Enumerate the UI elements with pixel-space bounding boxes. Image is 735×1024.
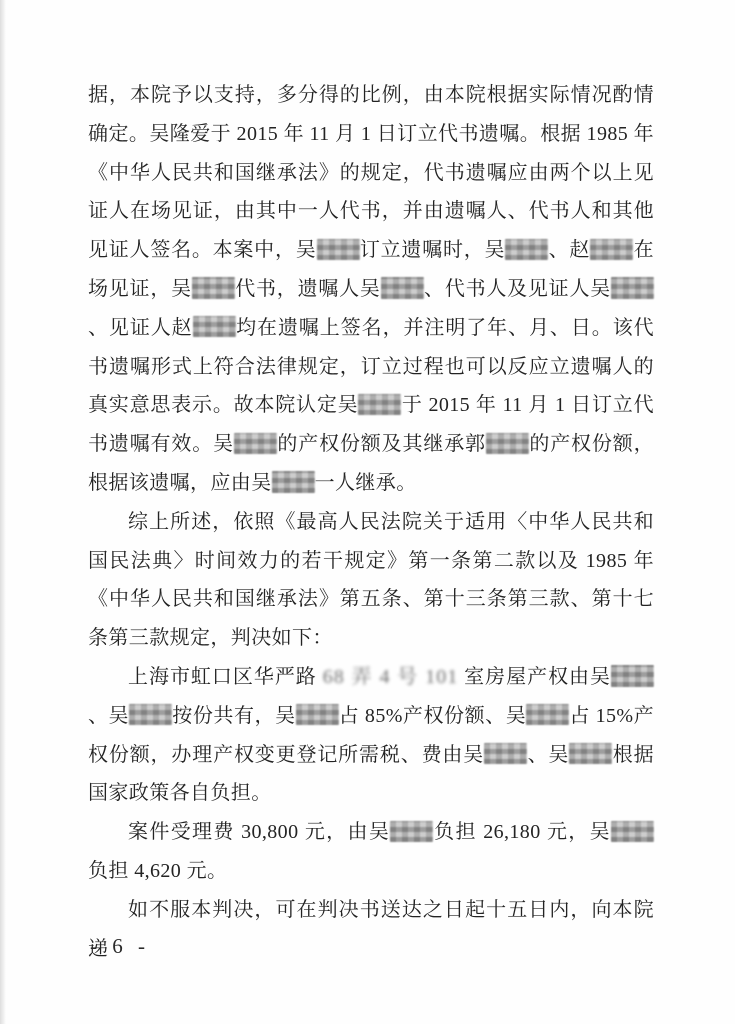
redacted-name-block bbox=[129, 704, 172, 725]
judgment-text-body: 据，本院予以支持，多分得的比例，由本院根据实际情况酌情确定。吴隆爱于 2015 … bbox=[88, 76, 654, 968]
redacted-name-block bbox=[358, 394, 401, 415]
page-number: - 6 - bbox=[90, 934, 150, 959]
paragraph: 综上所述，依照《最高人民法院关于适用〈中华人民共和国民法典〉时间效力的若干规定》… bbox=[88, 503, 654, 658]
redacted-name-block bbox=[193, 316, 236, 337]
redacted-name-block bbox=[272, 471, 315, 492]
scan-edge-shadow bbox=[0, 0, 6, 1024]
redacted-name-block bbox=[317, 239, 360, 260]
redacted-name-block bbox=[526, 704, 569, 725]
redacted-name-block bbox=[381, 277, 424, 298]
redacted-name-block bbox=[484, 743, 527, 764]
redacted-name-block bbox=[192, 277, 235, 298]
redacted-name-block bbox=[590, 239, 633, 260]
paragraph: 如不服本判决，可在判决书送达之日起十五日内，向本院递 bbox=[88, 891, 654, 969]
redacted-name-block bbox=[505, 239, 548, 260]
scanned-judgment-page: 据，本院予以支持，多分得的比例，由本院根据实际情况酌情确定。吴隆爱于 2015 … bbox=[0, 0, 735, 1024]
redacted-name-block bbox=[611, 821, 654, 842]
redacted-name-block bbox=[234, 433, 277, 454]
redacted-name-block bbox=[390, 821, 433, 842]
redacted-name-block bbox=[486, 433, 529, 454]
redacted-name-block bbox=[296, 704, 339, 725]
redacted-name-block bbox=[611, 665, 654, 686]
paragraph: 据，本院予以支持，多分得的比例，由本院根据实际情况酌情确定。吴隆爱于 2015 … bbox=[88, 76, 654, 503]
paragraph: 案件受理费 30,800 元，由吴负担 26,180 元，吴负担 4,620 元… bbox=[88, 813, 654, 891]
paragraph: 上海市虹口区华严路 68 弄 4 号 101 室房屋产权由吴、吴按份共有，吴占 … bbox=[88, 658, 654, 813]
redacted-name-block bbox=[569, 743, 612, 764]
redacted-address-text: 68 弄 4 号 101 bbox=[323, 666, 458, 688]
redacted-name-block bbox=[611, 277, 654, 298]
